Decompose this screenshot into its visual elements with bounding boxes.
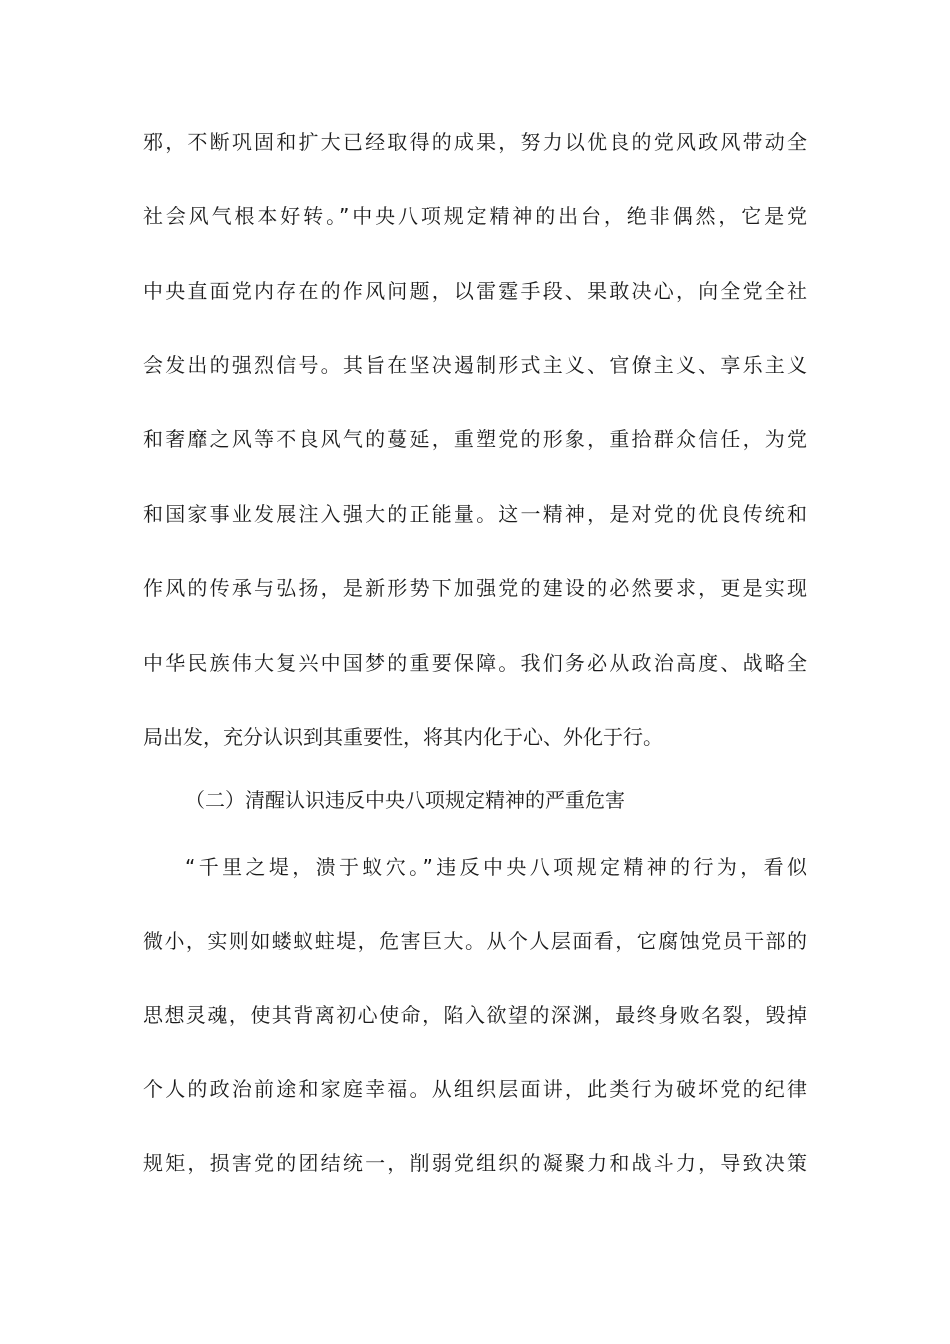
- paragraph-1-line-2: 社会风气根本好转。”中央八项规定精神的出台，绝非偶然，它是党: [143, 201, 807, 231]
- paragraph-1-line-6: 和国家事业发展注入强大的正能量。这一精神，是对党的优良传统和: [143, 499, 807, 529]
- paragraph-2-line-4: 个人的政治前途和家庭幸福。从组织层面讲，此类行为破坏党的纪律: [143, 1074, 807, 1104]
- paragraph-1-line-7: 作风的传承与弘扬，是新形势下加强党的建设的必然要求，更是实现: [143, 573, 807, 603]
- paragraph-2-line-2: 微小，实则如蝼蚁蛀堤，危害巨大。从个人层面看，它腐蚀党员干部的: [143, 926, 807, 956]
- paragraph-2-line-5: 规矩，损害党的团结统一，削弱党组织的凝聚力和战斗力，导致决策: [143, 1148, 807, 1178]
- section-heading: （二）清醒认识违反中央八项规定精神的严重危害: [185, 785, 705, 815]
- paragraph-1-line-9: 局出发，充分认识到其重要性，将其内化于心、外化于行。: [143, 722, 807, 752]
- paragraph-1-line-1: 邪，不断巩固和扩大已经取得的成果，努力以优良的党风政风带动全: [143, 127, 807, 157]
- paragraph-1-line-4: 会发出的强烈信号。其旨在坚决遏制形式主义、官僚主义、享乐主义: [143, 350, 807, 380]
- paragraph-1-line-8: 中华民族伟大复兴中国梦的重要保障。我们务必从政治高度、战略全: [143, 648, 807, 678]
- document-page: 邪，不断巩固和扩大已经取得的成果，努力以优良的党风政风带动全 社会风气根本好转。…: [0, 0, 950, 1344]
- paragraph-2-line-3: 思想灵魂，使其背离初心使命，陷入欲望的深渊，最终身败名裂，毁掉: [143, 1000, 807, 1030]
- paragraph-1-line-3: 中央直面党内存在的作风问题，以雷霆手段、果敢决心，向全党全社: [143, 276, 807, 306]
- paragraph-2-line-1: “千里之堤，溃于蚁穴。”违反中央八项规定精神的行为，看似: [185, 852, 807, 882]
- paragraph-1-line-5: 和奢靡之风等不良风气的蔓延，重塑党的形象，重拾群众信任，为党: [143, 424, 807, 454]
